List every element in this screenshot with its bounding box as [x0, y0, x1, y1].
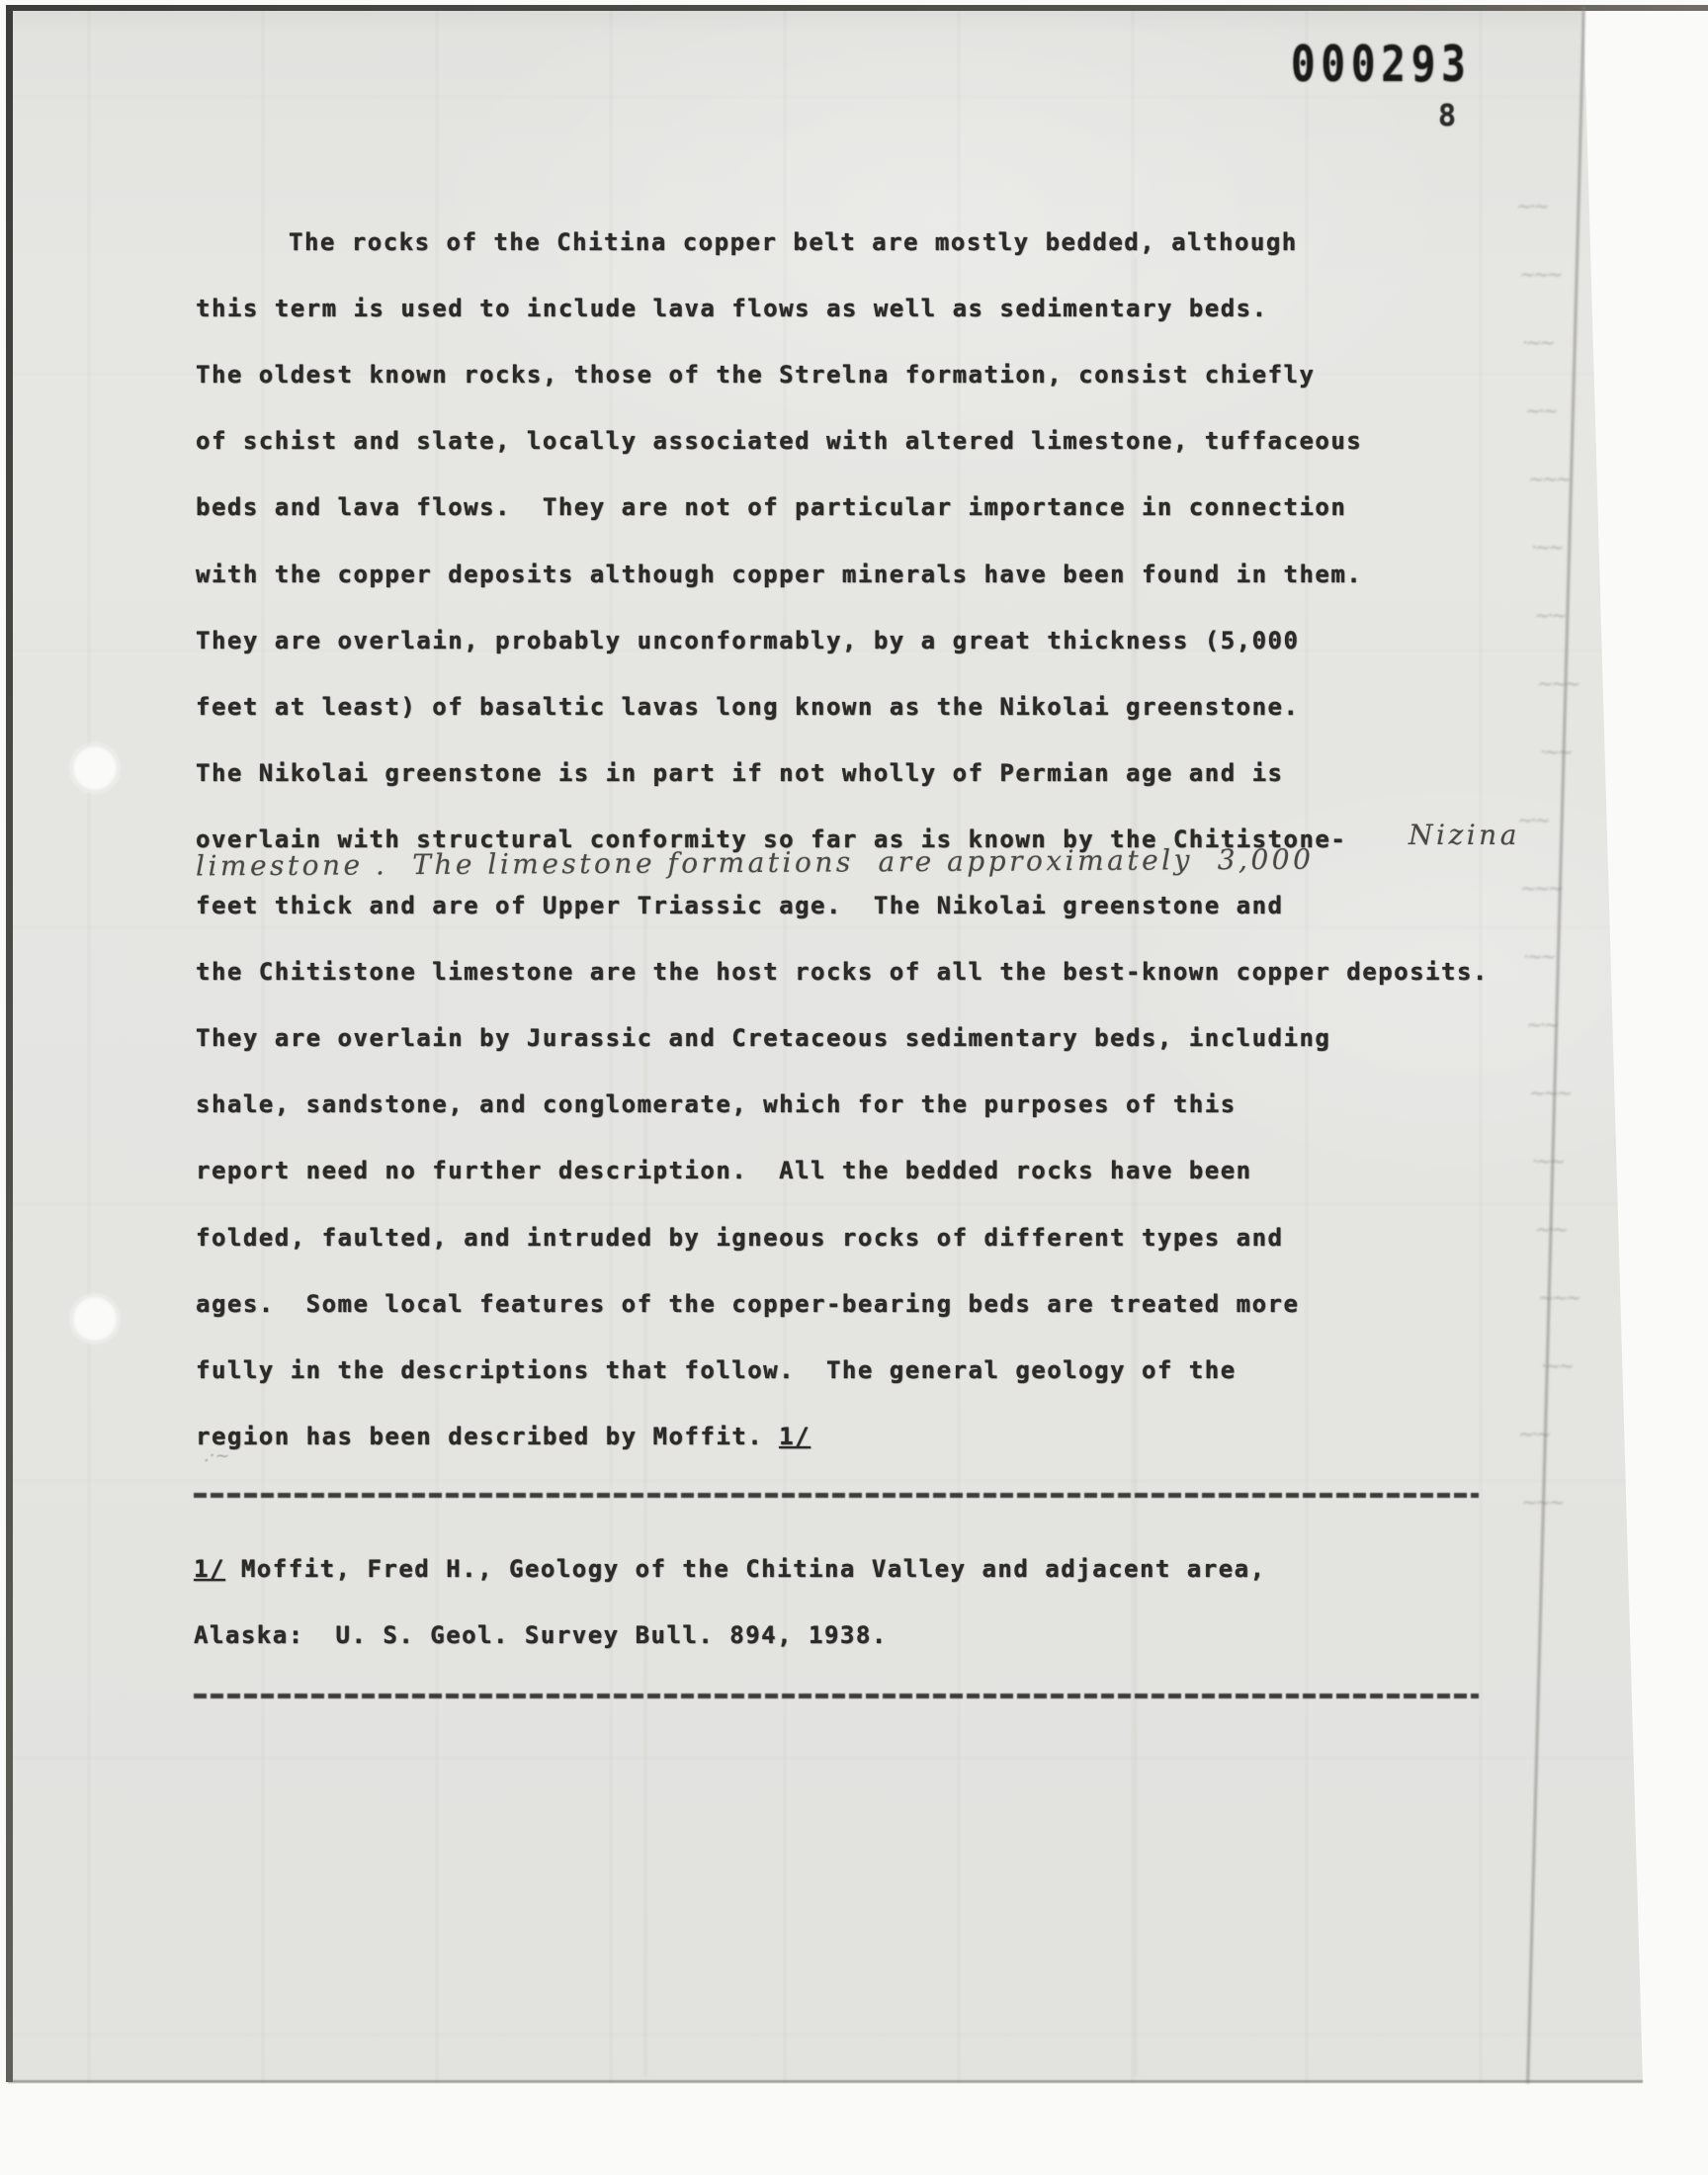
typed-line-text: report need no further description. All …	[196, 1157, 1252, 1184]
typed-line: The Nikolai greenstone is in part if not…	[196, 758, 1284, 788]
typed-line: beds and lava flows. They are not of par…	[196, 492, 1346, 522]
pencil-mark: ·~~	[1532, 1149, 1563, 1173]
typed-line-text: shale, sandstone, and conglomerate, whic…	[196, 1090, 1237, 1118]
footnote-line-text: Alaska: U. S. Geol. Survey Bull. 894, 19…	[194, 1621, 888, 1649]
scanned-page: 000293 8 The rocks of the Chitina copper…	[0, 0, 1708, 2175]
typed-line: shale, sandstone, and conglomerate, whic…	[196, 1089, 1237, 1119]
typed-line-text: They are overlain by Jurassic and Cretac…	[196, 1024, 1330, 1052]
pencil-mark: ·~~	[1531, 535, 1562, 559]
typed-line: ages. Some local features of the copper-…	[196, 1289, 1299, 1319]
pencil-mark: ~·~	[1517, 808, 1548, 831]
pencil-mark: ~~~	[1538, 1285, 1579, 1309]
typed-line: this term is used to include lava flows …	[196, 294, 1268, 323]
footnote-line: 1/ Moffit, Fred H., Geology of the Chiti…	[194, 1554, 1266, 1584]
footnote-line: Alaska: U. S. Geol. Survey Bull. 894, 19…	[194, 1620, 888, 1650]
page-bottom-edge	[8, 2080, 1643, 2083]
pencil-mark: ·~~	[1522, 330, 1553, 354]
pencil-mark: ~~~	[1528, 467, 1569, 490]
pencil-mark: ~·~	[1525, 398, 1556, 422]
typed-line-text: fully in the descriptions that follow. T…	[196, 1356, 1237, 1384]
typed-line-text: The rocks of the Chitina copper belt are…	[289, 228, 1298, 256]
typed-line-text: They are overlain, probably unconformabl…	[196, 627, 1299, 654]
typed-line: fully in the descriptions that follow. T…	[196, 1355, 1237, 1385]
footnote-separator-bottom	[194, 1694, 1479, 1698]
typed-line-text: of schist and slate, locally associated …	[196, 427, 1362, 455]
typed-line: report need no further description. All …	[196, 1156, 1252, 1185]
typed-line: with the copper deposits although copper…	[196, 560, 1362, 589]
typed-line-text: feet thick and are of Upper Triassic age…	[196, 892, 1284, 919]
typed-line: feet thick and are of Upper Triassic age…	[196, 891, 1284, 920]
pencil-mark: ·~~	[1523, 944, 1554, 968]
typed-line-text: ages. Some local features of the copper-…	[196, 1290, 1299, 1318]
typed-line-text: the Chitistone limestone are the host ro…	[196, 958, 1489, 986]
hole-punch-bottom	[71, 1295, 119, 1343]
hole-punch-top	[71, 744, 119, 792]
typed-line: The oldest known rocks, those of the Str…	[196, 360, 1315, 390]
typed-line: region has been described by Moffit. 1/	[196, 1422, 811, 1451]
typed-line-text: beds and lava flows. They are not of par…	[196, 493, 1346, 521]
scan-edge-left	[6, 5, 13, 2082]
typed-line: They are overlain by Jurassic and Cretac…	[196, 1023, 1330, 1053]
typed-line-text: region has been described by Moffit.	[196, 1423, 779, 1450]
typed-line-text: with the copper deposits although copper…	[196, 561, 1362, 588]
pencil-mark: ~·~	[1526, 1012, 1557, 1036]
serial-number-stamp: 000293	[1291, 36, 1472, 93]
page-number: 8	[1438, 99, 1456, 133]
pencil-mark: ·~~	[1540, 739, 1571, 763]
typed-line: The rocks of the Chitina copper belt are…	[289, 227, 1298, 257]
typed-line: feet at least) of basaltic lavas long kn…	[196, 692, 1299, 722]
typed-line-text: this term is used to include lava flows …	[196, 295, 1268, 322]
typed-line: folded, faulted, and intruded by igneous…	[196, 1223, 1284, 1253]
footnote-reference: 1/	[194, 1555, 225, 1583]
typed-line-text: The Nikolai greenstone is in part if not…	[196, 759, 1284, 787]
typed-line: of schist and slate, locally associated …	[196, 426, 1362, 456]
scan-edge-top	[6, 5, 1708, 11]
typed-line-text: The oldest known rocks, those of the Str…	[196, 361, 1315, 389]
typed-line-text: feet at least) of basaltic lavas long kn…	[196, 693, 1299, 721]
footnote-line-text: Moffit, Fred H., Geology of the Chitina …	[225, 1555, 1266, 1583]
handwritten-inline-annotation: limestone . The limestone formations are…	[196, 843, 1315, 883]
pencil-mark: ~~~	[1519, 262, 1560, 286]
pencil-mark: ~·~	[1534, 603, 1565, 627]
paper-texture	[0, 0, 1708, 2175]
footnote-separator-top	[194, 1493, 1479, 1498]
pencil-smudge: .·~	[204, 1445, 230, 1466]
footnote-reference: 1/	[779, 1423, 811, 1450]
pencil-mark: ~~~	[1537, 671, 1578, 695]
pencil-mark: ~·~	[1516, 194, 1547, 217]
pencil-mark: ~~~	[1529, 1081, 1570, 1104]
handwritten-margin-word: Nizina	[1409, 819, 1520, 851]
typed-line: the Chitistone limestone are the host ro…	[196, 957, 1489, 987]
typed-line: They are overlain, probably unconformabl…	[196, 626, 1299, 655]
typed-line-text: folded, faulted, and intruded by igneous…	[196, 1224, 1284, 1252]
pencil-mark: ~~~	[1520, 876, 1561, 900]
